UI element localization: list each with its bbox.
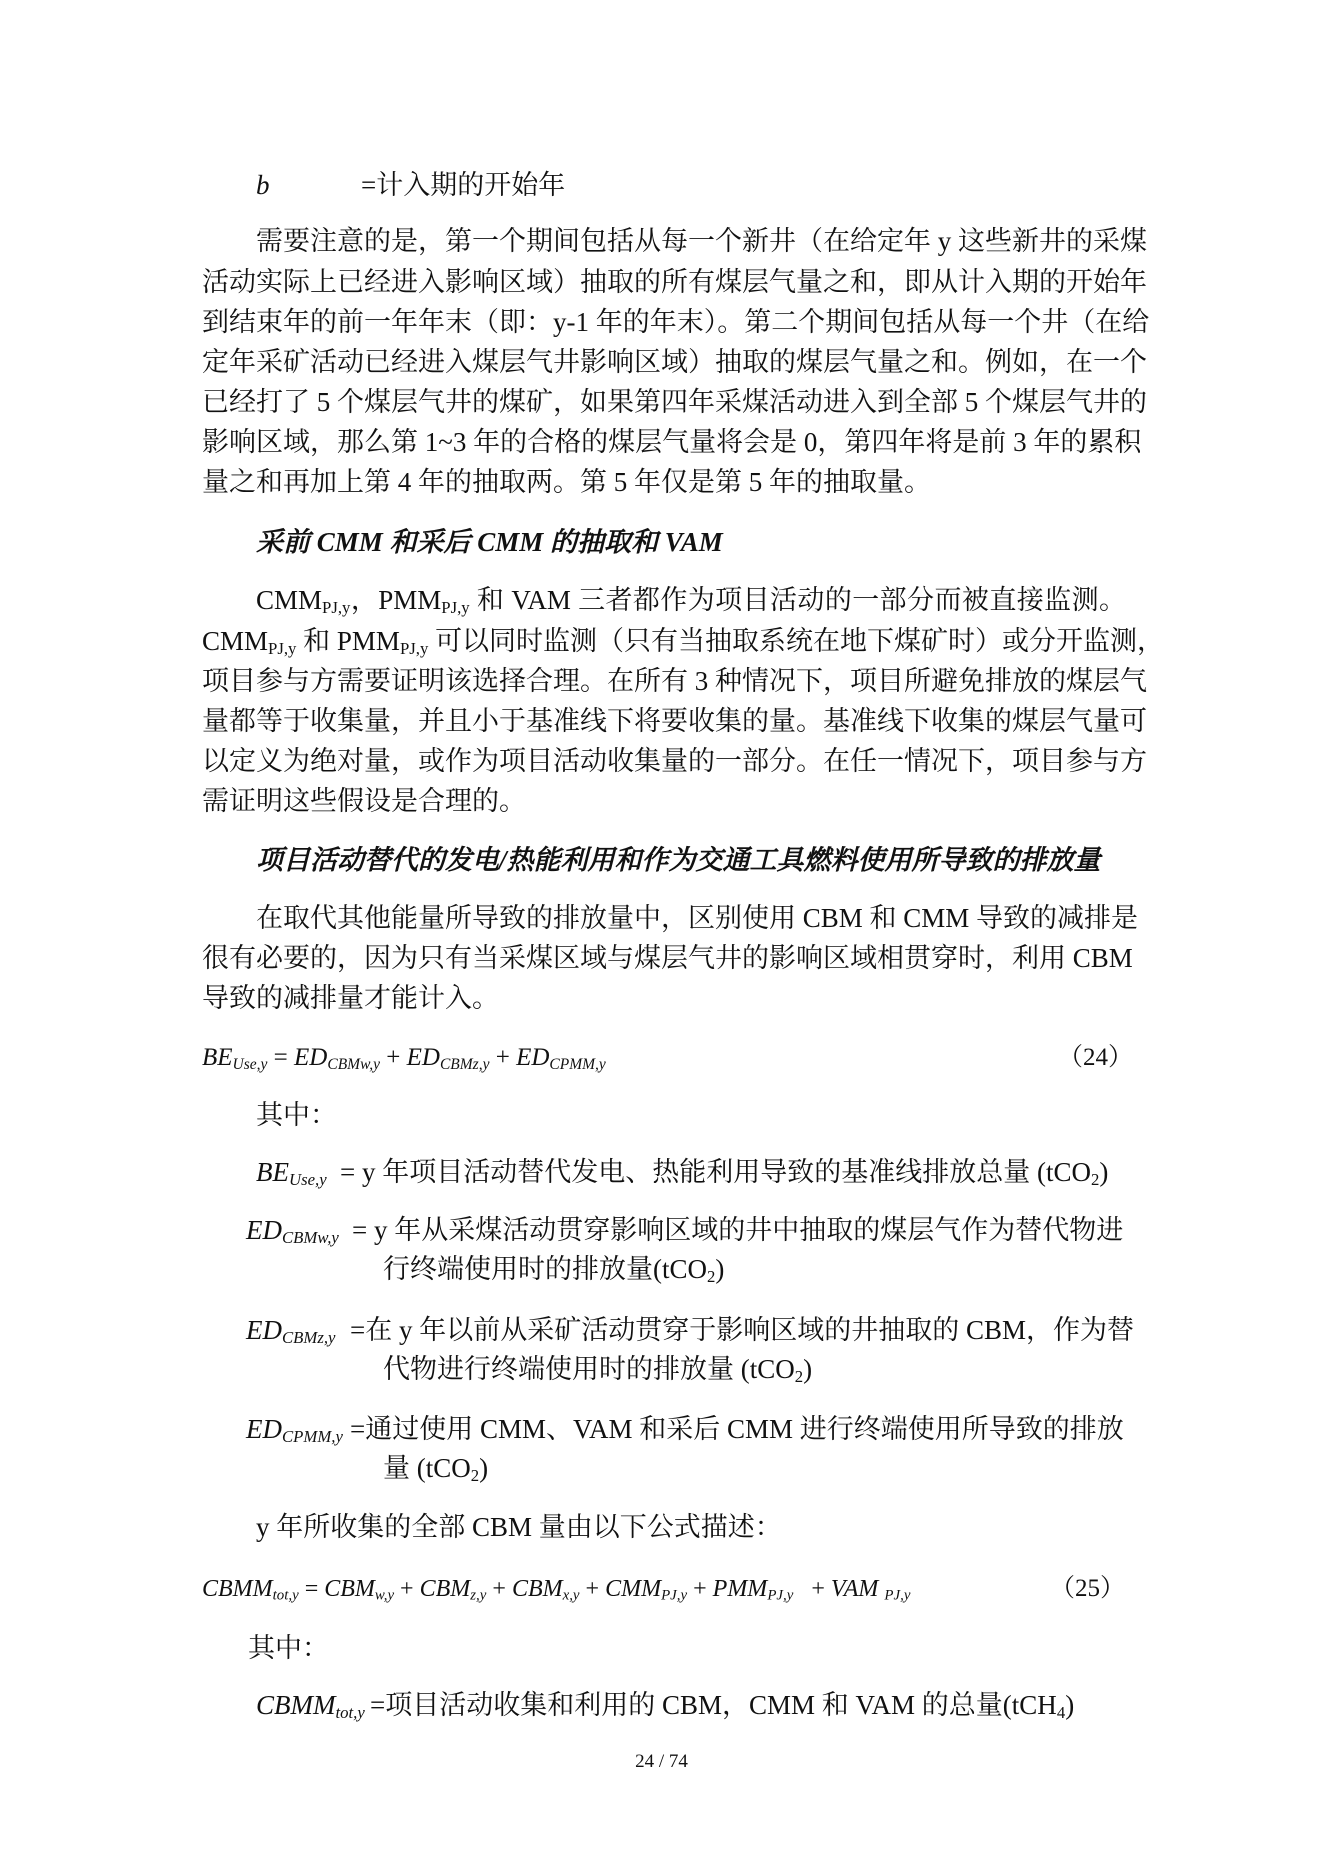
- paragraph-line: 导致的减排量才能计入。: [202, 978, 1126, 1018]
- text: 和: [296, 626, 337, 656]
- eq-op: +: [394, 1576, 420, 1602]
- eq-sub: x,y: [563, 1588, 580, 1604]
- def-term: EDCBMz,y: [246, 1310, 335, 1350]
- eq-var: CBMM: [202, 1576, 273, 1602]
- eq-var: ED: [294, 1044, 327, 1071]
- eq-var: ED: [516, 1044, 549, 1071]
- def-term: CBMMtot,y: [256, 1685, 365, 1725]
- subscript: PJ,y: [441, 598, 469, 617]
- document-page: b =计入期的开始年 需要注意的是，第一个期间包括从每一个新井（在给定年 y 这…: [0, 0, 1323, 1871]
- b-term: b: [256, 165, 270, 205]
- eq-var: PMM: [713, 1576, 768, 1602]
- eq-op: +: [486, 1576, 512, 1602]
- page-number: 24 / 74: [0, 1748, 1323, 1776]
- b-definition-text: =计入期的开始年: [361, 165, 565, 205]
- paragraph-line: 在取代其他能量所导致的排放量中，区别使用 CBM 和 CMM 导致的减排是: [256, 898, 1126, 938]
- eq-sub: CPMM,y: [549, 1056, 605, 1073]
- eq-sub: CBMz,y: [440, 1056, 490, 1073]
- equation-number-24: （24）: [1058, 1038, 1133, 1078]
- subscript: PJ,y: [322, 598, 350, 617]
- var-cmm: CMM: [202, 626, 268, 656]
- eq-op: =: [299, 1576, 325, 1602]
- subscript: PJ,y: [268, 639, 296, 658]
- def-text-cont: 代物进行终端使用时的排放量 (tCO2): [383, 1349, 812, 1389]
- eq-var: CBM: [420, 1576, 471, 1602]
- var-pmm: PMM: [378, 585, 441, 615]
- def-text: = y 年从采煤活动贯穿影响区域的井中抽取的煤层气作为替代物进: [352, 1210, 1123, 1250]
- eq-sub: Use,y: [233, 1056, 268, 1073]
- eq-var: VAM: [831, 1576, 885, 1602]
- eq-op: =: [267, 1044, 294, 1071]
- eq-sub: CBMw,y: [327, 1056, 380, 1073]
- def-term: EDCBMw,y: [246, 1210, 339, 1250]
- paragraph-line: 项目参与方需要证明该选择合理。在所有 3 种情况下，项目所避免排放的煤层气: [202, 661, 1126, 701]
- def-text-cont: 量 (tCO2): [383, 1448, 488, 1488]
- eq-op: +: [687, 1576, 713, 1602]
- paragraph-line: 量之和再加上第 4 年的抽取两。第 5 年仅是第 5 年的抽取量。: [202, 462, 1126, 502]
- def-text: =项目活动收集和利用的 CBM，CMM 和 VAM 的总量(tCH4): [370, 1685, 1074, 1725]
- paragraph-line: 以定义为绝对量，或作为项目活动收集量的一部分。在任一情况下，项目参与方: [202, 741, 1126, 781]
- def-term: EDCPMM,y: [246, 1409, 343, 1449]
- def-text-cont: 行终端使用时的排放量(tCO2): [383, 1249, 724, 1289]
- def-term: BEUse,y: [256, 1152, 327, 1192]
- eq-sub: PJ,y: [767, 1588, 793, 1604]
- eq-sub: PJ,y: [661, 1588, 687, 1604]
- section-heading-cmm-vam: 采前 CMM 和采后 CMM 的抽取和 VAM: [256, 522, 723, 562]
- paragraph-line: 很有必要的，因为只有当采煤区域与煤层气井的影响区域相贯穿时，利用 CBM: [202, 938, 1126, 978]
- eq-sub: z,y: [470, 1588, 486, 1604]
- text: 和 VAM 三者都作为项目活动的一部分而被直接监测。: [470, 585, 1126, 615]
- eq-var: ED: [407, 1044, 440, 1071]
- eq-sub: tot,y: [273, 1588, 299, 1604]
- equation-24: BEUse,y = EDCBMw,y + EDCBMz,y + EDCPMM,y: [202, 1038, 606, 1078]
- text: 可以同时监测（只有当抽取系统在地下煤矿时）或分开监测，: [428, 626, 1164, 656]
- equation-number-25: （25）: [1050, 1569, 1125, 1609]
- eq-op: +: [793, 1576, 831, 1602]
- paragraph-line: 定年采矿活动已经进入煤层气井影响区域）抽取的煤层气量之和。例如，在一个: [202, 342, 1126, 382]
- def-text: =通过使用 CMM、VAM 和采后 CMM 进行终端使用所导致的排放: [350, 1409, 1124, 1449]
- eq-var: CMM: [605, 1576, 661, 1602]
- paragraph-line: 需证明这些假设是合理的。: [202, 781, 1126, 821]
- eq-var: CBM: [324, 1576, 375, 1602]
- def-text: = y 年项目活动替代发电、热能利用导致的基准线排放总量 (tCO2): [340, 1152, 1108, 1192]
- subscript: PJ,y: [400, 639, 428, 658]
- section-heading-emissions: 项目活动替代的发电/热能利用和作为交通工具燃料使用所导致的排放量: [256, 840, 1101, 880]
- where-label: 其中：: [248, 1628, 1172, 1668]
- paragraph-line: 活动实际上已经进入影响区域）抽取的所有煤层气量之和，即从计入期的开始年: [202, 262, 1126, 302]
- equation-25: CBMMtot,y = CBMw,y + CBMz,y + CBMx,y + C…: [202, 1569, 910, 1609]
- eq-op: +: [380, 1044, 407, 1071]
- where-label: 其中：: [256, 1095, 1180, 1135]
- eq-sub: PJ,y: [884, 1588, 910, 1604]
- var-pmm: PMM: [337, 626, 400, 656]
- paragraph-line: 到结束年的前一年年末（即：y-1 年的年末）。第二个期间包括从每一个井（在给: [202, 302, 1126, 342]
- paragraph-line: 需要注意的是，第一个期间包括从每一个新井（在给定年 y 这些新井的采煤: [256, 221, 1126, 261]
- paragraph-line: 影响区域，那么第 1~3 年的合格的煤层气量将会是 0，第四年将是前 3 年的累…: [202, 422, 1126, 462]
- paragraph-line: 已经打了 5 个煤层气井的煤矿，如果第四年采煤活动进入到全部 5 个煤层气井的: [202, 382, 1126, 422]
- def-text: =在 y 年以前从采矿活动贯穿于影响区域的井抽取的 CBM，作为替: [350, 1310, 1134, 1350]
- paragraph-line: CMMPJ,y 和 PMMPJ,y 可以同时监测（只有当抽取系统在地下煤矿时）或…: [202, 621, 1126, 661]
- separator: ，: [350, 585, 378, 615]
- eq-sub: w,y: [375, 1588, 394, 1604]
- equation-25-intro: y 年所收集的全部 CBM 量由以下公式描述：: [256, 1507, 1180, 1547]
- eq-var: BE: [202, 1044, 233, 1071]
- eq-op: +: [580, 1576, 606, 1602]
- paragraph-line: 量都等于收集量，并且小于基准线下将要收集的量。基准线下收集的煤层气量可: [202, 701, 1126, 741]
- var-cmm: CMM: [256, 585, 322, 615]
- eq-var: CBM: [512, 1576, 563, 1602]
- eq-op: +: [489, 1044, 516, 1071]
- paragraph-line: CMMPJ,y，PMMPJ,y 和 VAM 三者都作为项目活动的一部分而被直接监…: [256, 580, 1126, 620]
